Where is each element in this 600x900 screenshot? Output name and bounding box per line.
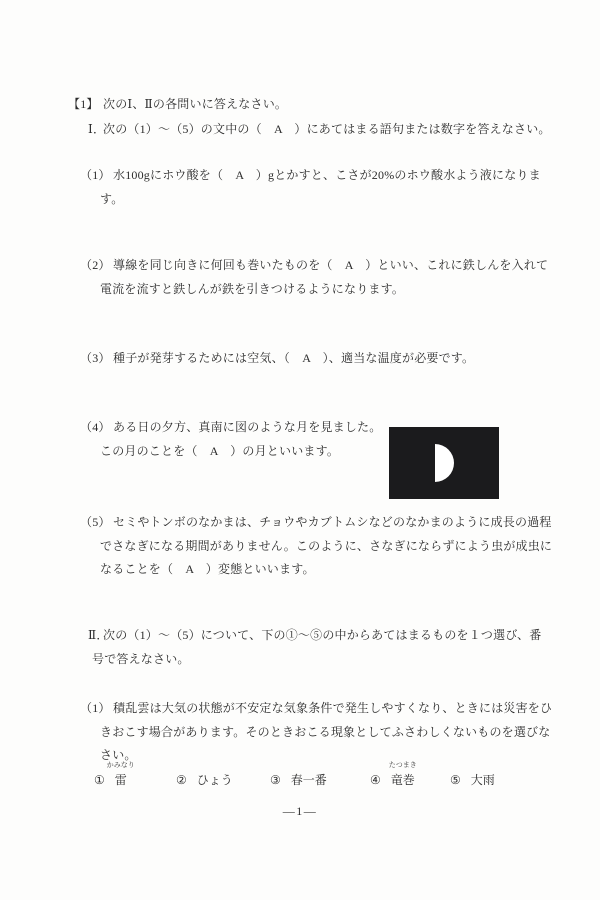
section2-intro: Ⅱ．次の（1）～（5）について、下の①～⑤の中からあてはまるものを１つ選び、番 … xyxy=(88,624,541,671)
option-5-number: ⑤ xyxy=(450,770,461,790)
question-text-line: 積乱雲は大気の状態が不安定な気象条件で発生しやすくなり、ときには災害をひ xyxy=(113,701,552,715)
option-3-number: ③ xyxy=(270,770,281,790)
option-3: ③春一番 xyxy=(270,770,327,790)
question-text-line: きおこす場合があります。そのときおこる現象としてふさわしくないものを選びな xyxy=(80,721,552,745)
section1-question-1: （1）水100gにホウ酸を（ A ）gとかすと、こさが20%のホウ酸水よう液にな… xyxy=(80,164,541,211)
section1-label: Ⅰ． xyxy=(88,118,103,142)
exam-page: 【1】次のⅠ、Ⅱの各問いに答えなさい。 Ⅰ．次の（1）～（5）の文中の（ A ）… xyxy=(0,0,600,900)
section2-label: Ⅱ． xyxy=(88,624,103,648)
option-1-number: ① xyxy=(94,770,105,790)
answer-options-row: ①かみなり雷 ②ひょう ③春一番 ④たつまき竜巻 ⑤大雨 xyxy=(94,770,554,792)
problem-title-text: 次のⅠ、Ⅱの各問いに答えなさい。 xyxy=(103,97,287,111)
question-label: （5） xyxy=(80,511,113,535)
section2-intro-line: 号で答えなさい。 xyxy=(88,648,541,672)
question-label: （4） xyxy=(80,416,113,440)
option-4-text: 竜巻 xyxy=(391,773,415,787)
half-moon-shape xyxy=(435,444,454,482)
option-4: ④たつまき竜巻 xyxy=(370,770,415,790)
question-label: （2） xyxy=(80,254,113,278)
question-text-line: す。 xyxy=(80,188,541,212)
question-label: （3） xyxy=(80,347,113,371)
question-text-line: ある日の夕方、真南に図のような月を見ました。 xyxy=(113,420,381,434)
page-number: —1— xyxy=(0,803,600,819)
question-text-line: 種子が発芽するためには空気、（ A ）、適当な温度が必要です。 xyxy=(113,351,474,365)
option-1-furigana: かみなり xyxy=(107,762,135,769)
problem-title: 【1】次のⅠ、Ⅱの各問いに答えなさい。 xyxy=(68,93,287,117)
section1-question-3: （3）種子が発芽するためには空気、（ A ）、適当な温度が必要です。 xyxy=(80,347,474,371)
problem-number-label: 【1】 xyxy=(68,93,103,117)
question-text-line: 水100gにホウ酸を（ A ）gとかすと、こさが20%のホウ酸水よう液になりま xyxy=(113,168,541,182)
question-text-line: さい。 xyxy=(80,744,552,768)
option-2-text: ひょう xyxy=(197,773,233,787)
question-label: （1） xyxy=(80,164,113,188)
option-2-number: ② xyxy=(176,770,187,790)
question-text-line: 電流を流すと鉄しんが鉄を引きつけるようになります。 xyxy=(80,278,548,302)
section2-intro-line: 次の（1）～（5）について、下の①～⑤の中からあてはまるものを１つ選び、番 xyxy=(103,628,541,642)
question-text-line: セミやトンボのなかまは、チョウやカブトムシなどのなかまのように成長の過程 xyxy=(113,515,552,529)
question-label: （1） xyxy=(80,697,113,721)
option-2: ②ひょう xyxy=(176,770,233,790)
option-5: ⑤大雨 xyxy=(450,770,495,790)
option-1-text: 雷 xyxy=(115,773,127,787)
section1-question-2: （2）導線を同じ向きに何回も巻いたものを（ A ）といい、これに鉄しんを入れて … xyxy=(80,254,548,301)
option-4-furigana: たつまき xyxy=(389,762,417,769)
section1-question-5: （5）セミやトンボのなかまは、チョウやカブトムシなどのなかまのように成長の過程 … xyxy=(80,511,552,582)
option-1: ①かみなり雷 xyxy=(94,770,127,790)
section1-intro-text: 次の（1）～（5）の文中の（ A ）にあてはまる語句または数字を答えなさい。 xyxy=(103,122,551,136)
question-text-line: なることを（ A ）変態といいます。 xyxy=(80,558,552,582)
section2-question-1: （1）積乱雲は大気の状態が不安定な気象条件で発生しやすくなり、ときには災害をひ … xyxy=(80,697,552,768)
question-text-line: 導線を同じ向きに何回も巻いたものを（ A ）といい、これに鉄しんを入れて xyxy=(113,258,548,272)
option-3-text: 春一番 xyxy=(291,773,327,787)
option-5-text: 大雨 xyxy=(471,773,495,787)
option-4-number: ④ xyxy=(370,770,381,790)
question-text-line: でさなぎになる期間がありません。このように、さなぎにならずによう虫が成虫に xyxy=(80,535,552,559)
first-quarter-moon-figure xyxy=(389,427,499,499)
question-text-line: この月のことを（ A ）の月といいます。 xyxy=(80,440,381,464)
section1-question-4: （4）ある日の夕方、真南に図のような月を見ました。 この月のことを（ A ）の月… xyxy=(80,416,381,463)
section1-intro: Ⅰ．次の（1）～（5）の文中の（ A ）にあてはまる語句または数字を答えなさい。 xyxy=(88,118,551,142)
